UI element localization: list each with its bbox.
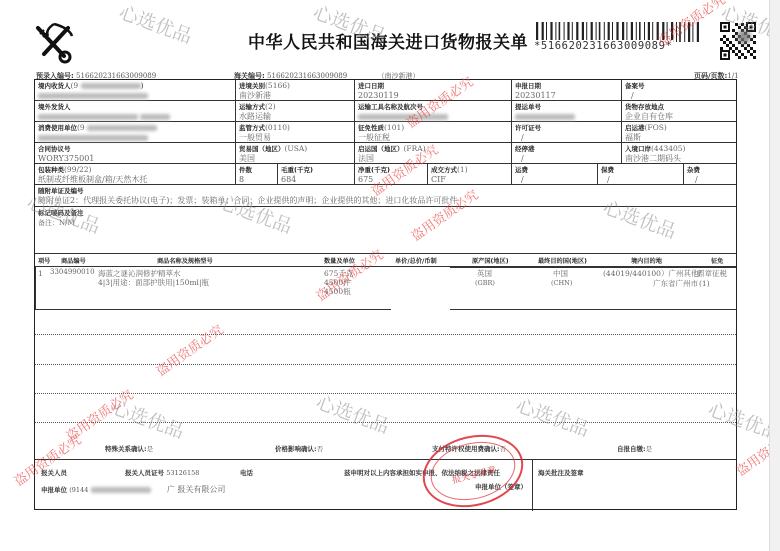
column-divider [532, 459, 533, 511]
special-relation-confirm: 特殊关系确认:是 [105, 444, 153, 453]
field-marks-remarks: 标记唛码及备注 备注：N/M [35, 207, 736, 254]
declaration-form: 境内收货人(9 ) 进境关别(5166) 南沙新港 进口日期 20230119 … [34, 79, 737, 510]
field-trade-country: 贸易国（地区）(USA) 美国 [236, 143, 355, 164]
field-consumer: 消费使用单位(9 [35, 122, 236, 143]
field-bill-no: 提运单号 [512, 101, 622, 122]
dotted-divider [35, 393, 736, 394]
declarant-no: 报关人员证号 53126158 [125, 468, 199, 477]
field-insurance: 保费 / [598, 164, 684, 185]
field-misc-fee: 杂费 / [684, 164, 736, 185]
field-supervision: 监管方式(0110) 一般贸易 [236, 122, 355, 143]
field-pieces: 件数 8 [236, 164, 278, 185]
declare-unit: 申报单位 (9144 广 报关有限公司 [41, 484, 225, 495]
field-package-type: 包装种类(99/22) 纸制或纤维板制盒/箱/天然木托 [35, 164, 236, 185]
document-title: 中华人民共和国海关进口货物报关单 [248, 28, 528, 53]
row-divider [450, 309, 736, 310]
customs-note-label: 海关批注及签章 [538, 468, 584, 477]
field-freight: 运费 / [512, 164, 598, 185]
field-vessel: 运输工具名称及航次号 [355, 101, 512, 122]
dotted-divider [35, 334, 736, 335]
field-record-no: 备案号 / [622, 80, 736, 101]
field-origin-country: 启运国（地区）(FRA) 法国 [355, 143, 512, 164]
table-row: 1 3304990010 海蓝之谜沁润修护精萃水 4|3|用途：面部护肤用|15… [35, 267, 736, 309]
field-gross-weight: 毛重(千克) 684 [278, 164, 355, 185]
field-shipper: 境外发货人 [35, 101, 236, 122]
customs-declaration-page: 中华人民共和国海关进口货物报关单 *516620231663009089* 预录… [0, 0, 770, 551]
field-consignee: 境内收货人(9 ) [35, 80, 236, 101]
field-transit-port: 经停港 / [512, 143, 622, 164]
row-divider [35, 309, 391, 310]
self-report-confirm: 自报自缴:是 [617, 444, 652, 453]
field-departure-port: 启运港(FOS) 福斯 [622, 122, 736, 143]
field-license: 许可证号 / [512, 122, 622, 143]
row-divider [450, 267, 736, 268]
customs-emblem-icon [34, 22, 74, 64]
field-storage: 货物存放地点 企业自有仓库 [622, 101, 736, 122]
declarant-label: 报关人员 [41, 468, 67, 477]
scrollbar[interactable] [769, 0, 780, 551]
price-influence-confirm: 价格影响确认:否 [275, 444, 323, 453]
section-divider [35, 459, 736, 460]
field-entry-point: 入境口岸(443405) 南沙港二期码头 [622, 143, 736, 164]
redaction-blur [737, 30, 751, 44]
field-levy: 征免性质(101) 一般征税 [355, 122, 512, 143]
field-declare-date: 申报日期 20230117 [512, 80, 622, 101]
items-table-header: 项号 商品编号 商品名称及规格型号 数量及单位 单价/总价/币制 原产国(地区)… [35, 254, 736, 267]
field-net-weight: 净重(千克) 675 [355, 164, 428, 185]
field-entry-port: 进境关别(5166) 南沙新港 [236, 80, 355, 101]
field-attached-docs: 随附单证及编号 随附单证2：代理报关委托协议(电子)；发票；装箱单；合同；企业提… [35, 185, 736, 207]
field-transport-mode: 运输方式(2) 水路运输 [236, 101, 355, 122]
dotted-divider [35, 364, 736, 365]
field-contract: 合同协议号 WORY375001 [35, 143, 236, 164]
dotted-divider [35, 422, 736, 423]
field-deal-mode: 成交方式(1) CIF [428, 164, 512, 185]
watermark: 心选优品 [116, 0, 197, 49]
phone-label: 电话 [240, 468, 253, 477]
barcode-text: *516620231663009089* [533, 40, 673, 52]
field-import-date: 进口日期 20230119 [355, 80, 512, 101]
